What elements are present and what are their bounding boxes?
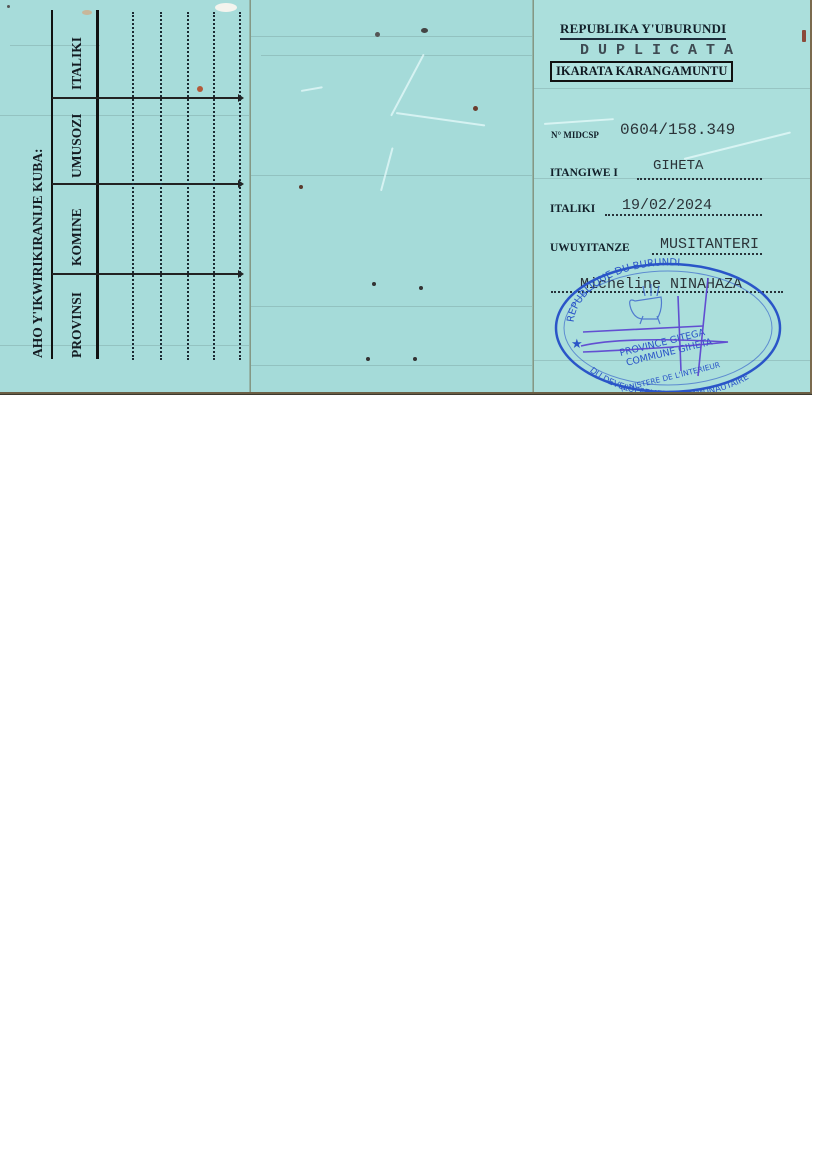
country-title: REPUBLIKA Y'UBURUNDI (560, 21, 726, 40)
wear-mark (215, 3, 237, 12)
speck (372, 282, 376, 286)
stain (82, 10, 92, 15)
card-title: IKARATA KARANGAMUNTU (550, 61, 733, 82)
speck (421, 28, 428, 33)
duplicate-label: DUPLICATA (580, 42, 742, 59)
scratch (544, 118, 614, 125)
faint-rule (251, 36, 533, 37)
registration-heading: AHO Y'IKWIRIKIRANIJE KUBA: (30, 148, 46, 358)
column-italiki: ITALIKI (69, 37, 85, 90)
official-stamp: REPUBLIQUE DU BURUNDI ★ PROVINCE GITEGA … (553, 256, 783, 392)
field-value-uwuyitanze: MUSITANTERI (660, 236, 759, 253)
faint-rule (251, 306, 533, 307)
column-komine: KOMINE (69, 208, 85, 266)
field-value-midcsp: 0604/158.349 (620, 121, 735, 139)
left-panel: AHO Y'IKWIRIKIRANIJE KUBA: ITALIKI UMUSO… (0, 0, 250, 392)
faint-rule (261, 55, 533, 56)
speck (299, 185, 303, 189)
star-icon: ★ (571, 336, 583, 351)
dotted-fill-line (637, 178, 762, 180)
dotted-fill-line (605, 214, 762, 216)
faint-rule (251, 365, 533, 366)
field-value-italiki: 19/02/2024 (622, 197, 712, 214)
stain (802, 30, 806, 42)
field-value-itangiwe: GIHETA (653, 158, 703, 174)
stamp-top-arc: REPUBLIQUE DU BURUNDI (566, 257, 681, 323)
faint-rule (534, 88, 810, 89)
coat-of-arms-icon (630, 284, 662, 324)
stain (197, 86, 203, 92)
speck (375, 32, 380, 37)
entry-dotted-line (187, 12, 189, 360)
scratch (380, 147, 394, 191)
entry-dotted-line (239, 12, 241, 360)
speck (419, 286, 423, 290)
speck (473, 106, 478, 111)
field-label-italiki: ITALIKI (550, 203, 595, 215)
entry-dotted-line (160, 12, 162, 360)
speck (366, 357, 370, 361)
column-provinsi: PROVINSI (69, 292, 85, 358)
id-card: AHO Y'IKWIRIKIRANIJE KUBA: ITALIKI UMUSO… (0, 0, 812, 394)
entry-dotted-line (132, 12, 134, 360)
faint-rule (251, 175, 533, 176)
column-umusozi: UMUSOZI (69, 113, 85, 178)
field-label-uwuyitanze: UWUYITANZE (550, 242, 630, 254)
field-label-midcsp: N° MIDCSP (551, 130, 599, 140)
field-label-itangiwe: ITANGIWE I (550, 167, 618, 179)
dotted-fill-line (652, 253, 762, 255)
scratch (390, 54, 425, 117)
speck (7, 5, 10, 8)
scratch (396, 112, 485, 127)
faint-rule (10, 45, 100, 46)
entry-dotted-line (213, 12, 215, 360)
middle-panel (251, 0, 533, 392)
speck (413, 357, 417, 361)
scratch (301, 86, 323, 92)
